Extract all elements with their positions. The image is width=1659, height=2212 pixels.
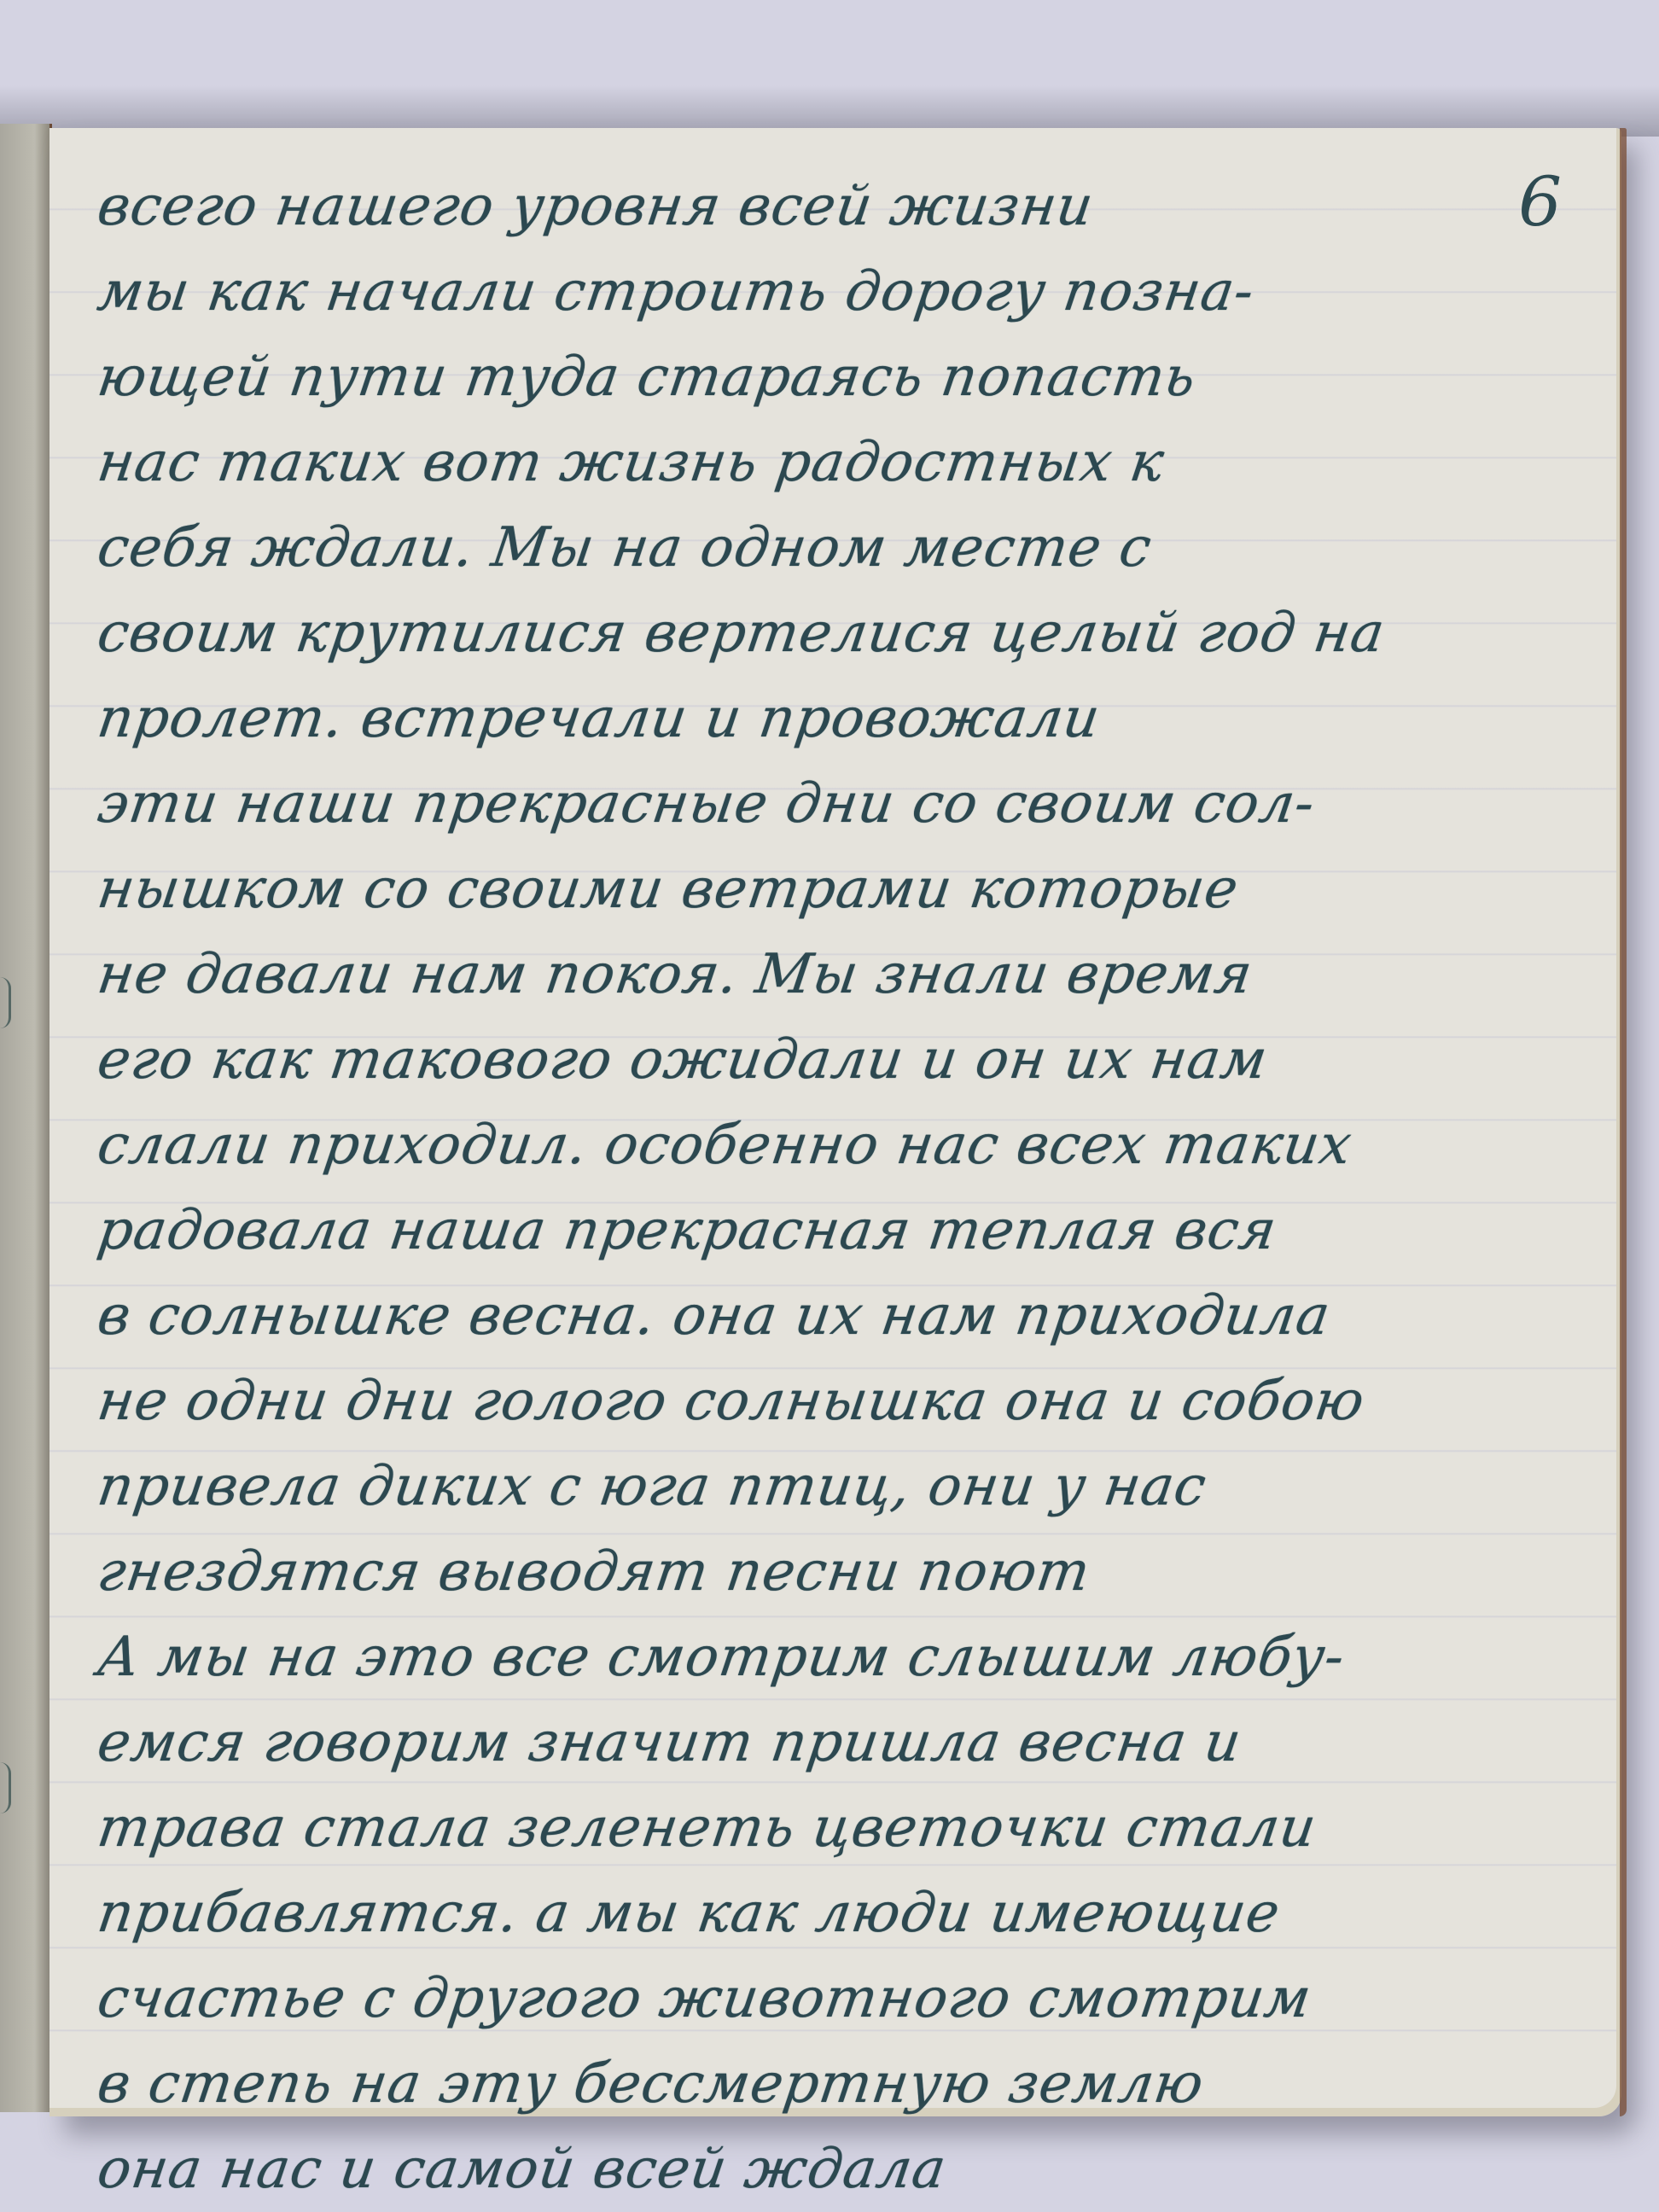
- notebook-page: 6 всего нашего уровня всей жизни мы как …: [49, 128, 1621, 2116]
- handwritten-text: всего нашего уровня всей жизни мы как на…: [92, 164, 1594, 2212]
- text-line: прибавлятся. а мы как люди имеющие: [92, 1871, 1606, 1956]
- text-line: радовала наша прекрасная теплая вся: [92, 1188, 1606, 1273]
- text-line: гнездятся выводят песни поют: [92, 1529, 1606, 1615]
- text-line: слали приходил. особенно нас всех таких: [92, 1103, 1606, 1188]
- text-line: нышком со своими ветрами которые: [92, 847, 1606, 932]
- text-line: нас таких вот жизнь радостных к: [92, 420, 1606, 505]
- text-line: всего нашего уровня всей жизни: [92, 164, 1606, 249]
- previous-page-ink-mark: [0, 1762, 11, 1813]
- text-line: ющей пути туда стараясь попасть: [92, 335, 1606, 420]
- text-line: счастье с другого животного смотрим: [92, 1956, 1606, 2041]
- page-edge: [1620, 128, 1627, 2116]
- text-line: своим крутилися вертелися целый год на: [92, 591, 1606, 676]
- text-line: не одни дни голого солнышка она и собою: [92, 1359, 1606, 1444]
- text-line: не давали нам покоя. Мы знали время: [92, 932, 1606, 1017]
- text-line: емся говорим значит пришла весна и: [92, 1700, 1606, 1785]
- text-line: пролет. встречали и провожали: [92, 676, 1606, 761]
- previous-page-edge: [0, 124, 52, 2112]
- text-line: в степь на эту бессмертную землю: [92, 2041, 1606, 2127]
- text-line: А мы на это все смотрим слышим любу-: [92, 1615, 1606, 1700]
- text-line: она нас и самой всей ждала: [92, 2127, 1606, 2212]
- text-line: привела диких с юга птиц, они у нас: [92, 1444, 1606, 1529]
- text-line: мы как начали строить дорогу позна-: [92, 249, 1606, 335]
- text-line: трава стала зеленеть цветочки стали: [92, 1785, 1606, 1871]
- text-line: эти наши прекрасные дни со своим сол-: [92, 761, 1606, 847]
- text-line: его как такового ожидали и он их нам: [92, 1017, 1606, 1103]
- text-line: себя ждали. Мы на одном месте с: [92, 505, 1606, 591]
- previous-page-ink-mark: [0, 977, 11, 1028]
- text-line: в солнышке весна. она их нам приходила: [92, 1273, 1606, 1359]
